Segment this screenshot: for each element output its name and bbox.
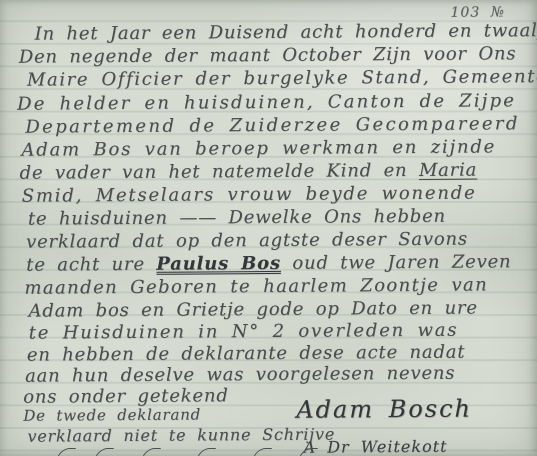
name-paulus-bos: Paulus Bos: [156, 253, 281, 275]
text-segment: Departemend de Zuiderzee Gecompareerd: [25, 113, 520, 137]
line-year: In het Jaar een Duisend acht honderd en …: [35, 20, 537, 45]
text-segment: oud twe Jaren Zeven: [281, 251, 512, 274]
text-segment: verklaard dat op den agtste deser Savons: [26, 229, 468, 253]
line-smid: Smid, Metselaars vrouw beyde wonende: [22, 183, 477, 207]
line-niet-schrijven: verklaard niet te kunne Schrijve: [27, 425, 335, 446]
text-segment: de vader van het natemelde Kind en: [20, 160, 419, 184]
signature-adam-bosch: Adam Bosch: [296, 395, 472, 424]
line-date: Den negende der maant October Zijn voor …: [19, 43, 517, 67]
text-segment: Adam Bos van beroep werkman en zijnde: [21, 136, 496, 160]
line-huisduinen: te huisduinen —— Dewelke Ons hebben: [28, 206, 446, 230]
text-segment: te acht ure: [26, 254, 156, 276]
text-segment: De twede deklarand: [23, 405, 201, 424]
text-segment: Adam bos en Grietje gode op Dato en ure: [29, 298, 478, 322]
text-segment: maanden Geboren te haarlem Zoontje van: [24, 274, 488, 298]
name-maria: Maria: [419, 160, 477, 181]
line-voorgelesen: aan hun deselve was voorgelesen nevens: [25, 363, 455, 387]
line-vader: de vader van het natemelde Kind en Maria: [20, 160, 478, 184]
text-segment: In het Jaar een Duisend acht honderd en …: [35, 20, 537, 45]
cutoff-next-line-strokes: [58, 448, 358, 456]
line-maanden: maanden Geboren te haarlem Zoontje van: [24, 274, 488, 298]
flourish-dash: ——: [179, 207, 217, 228]
text-segment: verklaard niet te kunne Schrijve: [27, 425, 335, 446]
page-number: 103 №: [450, 4, 505, 20]
text-segment: Maire Officier der burgelyke Stand, Geme…: [27, 66, 537, 91]
text-segment: De helder en huisduinen, Canton de Zijpe: [17, 90, 516, 114]
text-segment: te huisduinen: [28, 208, 180, 230]
text-segment: te Huisduinen in N° 2 overleden was: [29, 320, 459, 344]
text-segment: Adam Bosch: [296, 395, 472, 424]
line-gemeente: De helder en huisduinen, Canton de Zijpe: [17, 90, 516, 114]
manuscript-text: 103 № In het Jaar een Duisend acht honde…: [0, 0, 537, 456]
text-segment: Smid, Metselaars vrouw beyde wonende: [22, 183, 477, 207]
text-segment: ons onder getekend: [23, 385, 229, 407]
line-ouders: Adam bos en Grietje gode op Dato en ure: [29, 298, 478, 322]
manuscript-scan: 103 № In het Jaar een Duisend acht honde…: [0, 0, 537, 456]
line-getekend: ons onder getekend: [23, 385, 229, 407]
line-paulus: te acht ure Paulus Bos oud twe Jaren Zev…: [26, 251, 511, 275]
line-twede-deklarand: De twede deklarand: [23, 405, 201, 424]
line-maire: Maire Officier der burgelyke Stand, Geme…: [27, 66, 537, 91]
line-departement: Departemend de Zuiderzee Gecompareerd: [25, 113, 520, 137]
line-overleden: te Huisduinen in N° 2 overleden was: [29, 320, 459, 344]
text-segment: en hebben de deklarante dese acte nadat: [27, 342, 466, 366]
line-verklaard: verklaard dat op den agtste deser Savons: [26, 229, 468, 253]
text-segment: Dewelke Ons hebben: [217, 206, 446, 229]
line-acte: en hebben de deklarante dese acte nadat: [27, 342, 466, 366]
text-segment: aan hun deselve was voorgelesen nevens: [25, 363, 455, 387]
line-adam-bos: Adam Bos van beroep werkman en zijnde: [21, 136, 496, 160]
text-segment: Den negende der maant October Zijn voor …: [19, 43, 517, 67]
